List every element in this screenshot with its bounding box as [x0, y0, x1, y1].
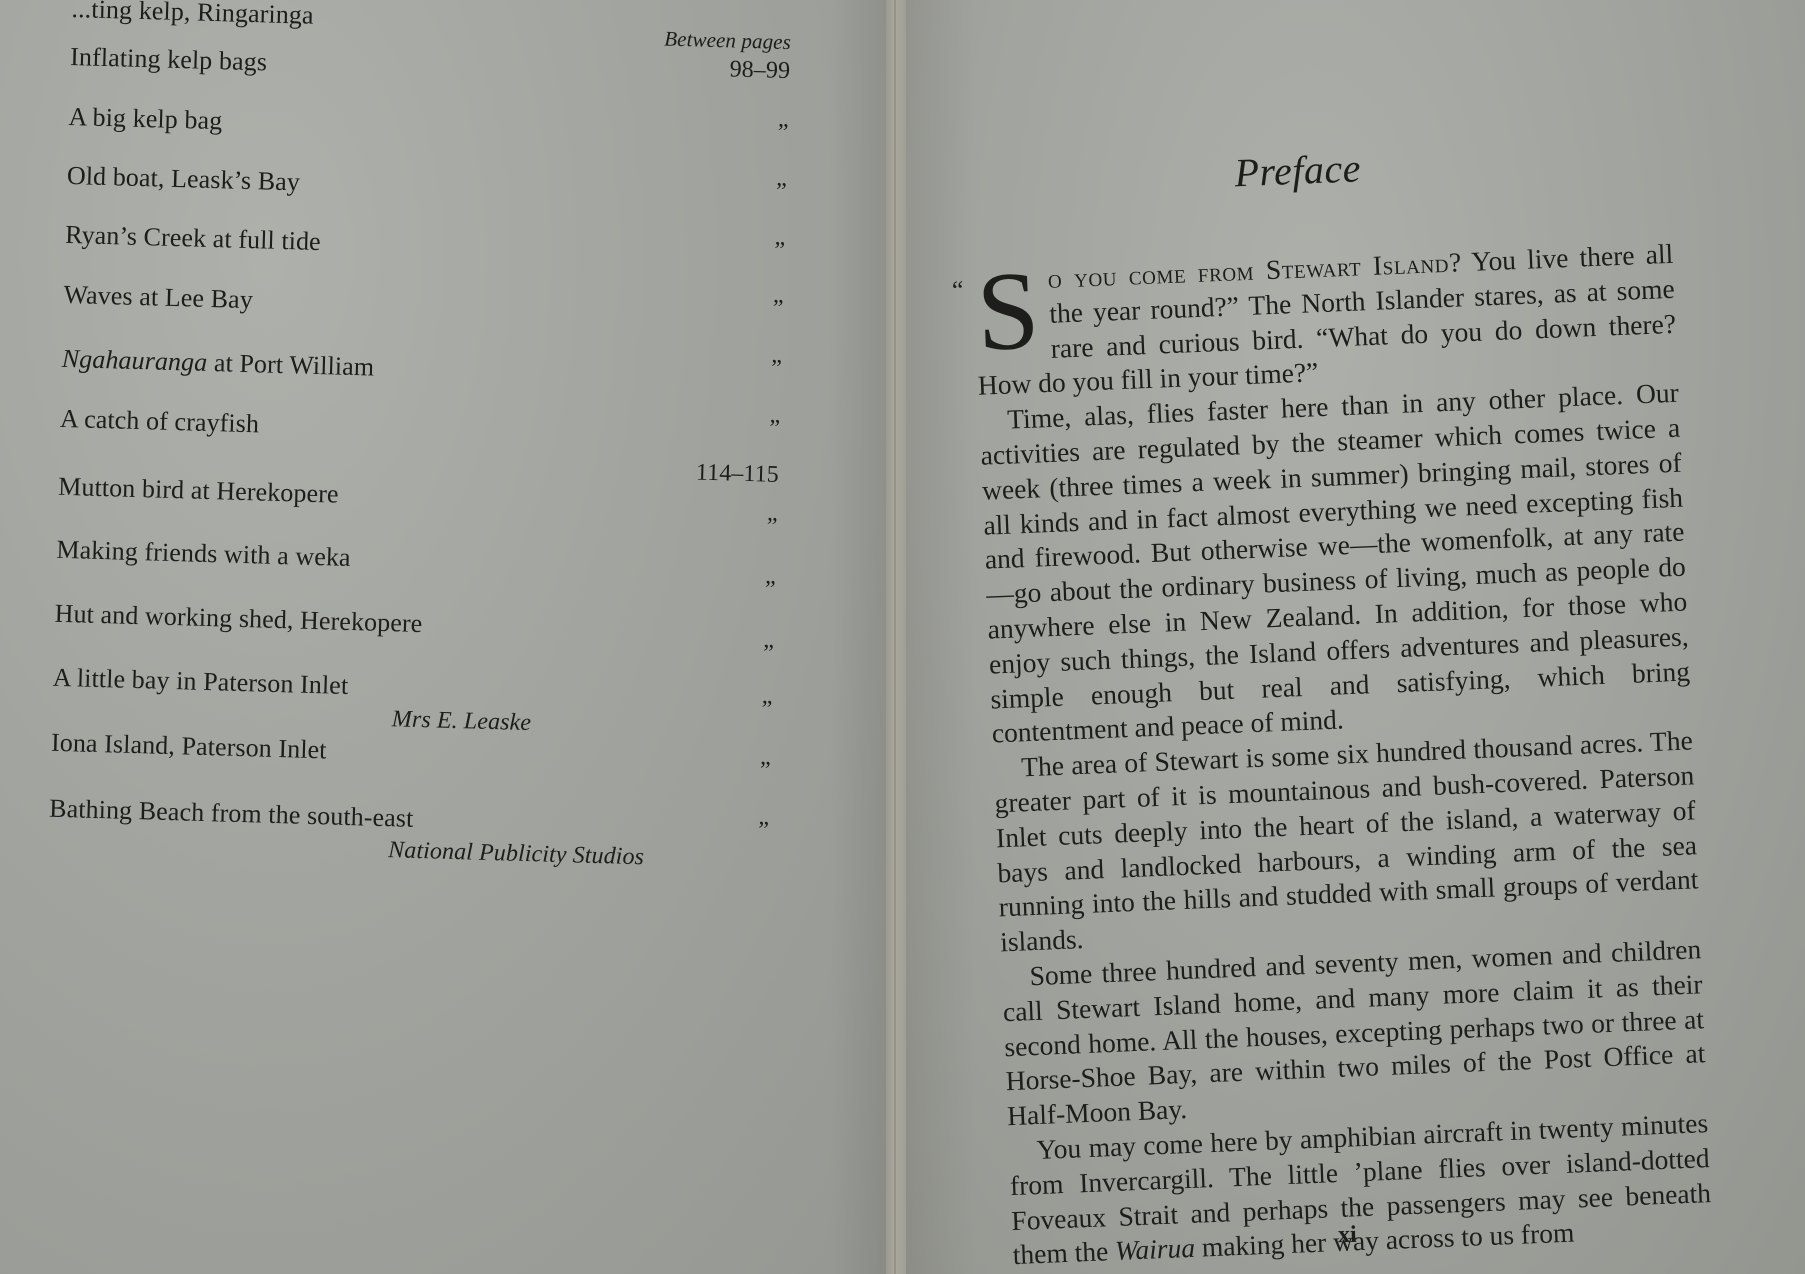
- item-pages: ”: [623, 292, 784, 323]
- item-title: Ryan’s Creek at full tide: [65, 220, 321, 257]
- item-title: A big kelp bag: [68, 102, 223, 136]
- paragraph: Some three hundred and seventy men, wome…: [1001, 932, 1707, 1134]
- item-pages: ”: [610, 753, 771, 784]
- item-title: ...ting kelp, Ringaringa: [71, 0, 314, 31]
- item-pages: 114–115: [619, 457, 780, 488]
- item-title-italic: Ngahauranga: [61, 344, 207, 377]
- book-spine: [886, 0, 908, 1274]
- dropcap-letter: S: [971, 264, 1041, 359]
- item-pages: ”: [628, 116, 789, 147]
- item-title: Mutton bird at Herekopere: [58, 472, 339, 510]
- photo-credit: Mrs E. Leaske: [391, 706, 531, 737]
- paragraph: You may come here by amphibian aircraft …: [1008, 1106, 1713, 1273]
- item-title: Waves at Lee Bay: [63, 280, 253, 315]
- preface-body: “ S o you come from Stewart Island? You …: [973, 237, 1713, 1273]
- item-title: Iona Island, Paterson Inlet: [51, 728, 327, 766]
- item-title: A catch of crayfish: [60, 404, 260, 440]
- item-pages: ”: [621, 352, 782, 383]
- item-pages: ”: [615, 572, 776, 603]
- page-number: xi: [1338, 1222, 1357, 1249]
- item-pages: 98–99: [630, 54, 791, 85]
- item-pages: ”: [626, 175, 787, 206]
- item-title: Inflating kelp bags: [70, 42, 268, 77]
- ship-name: Wairua: [1114, 1232, 1195, 1266]
- item-title: Old boat, Leask’s Bay: [66, 161, 300, 197]
- paragraph: The area of Stewart is some six hundred …: [993, 724, 1701, 961]
- item-pages: ”: [609, 813, 770, 844]
- paragraph: Time, alas, flies faster here than in an…: [979, 376, 1692, 752]
- dropcap-block: “ S: [971, 264, 1041, 361]
- page-title: Preface: [1234, 144, 1362, 196]
- paragraph: “ S o you come from Stewart Island? You …: [973, 237, 1678, 404]
- item-pages: ”: [625, 234, 786, 265]
- item-pages: ”: [617, 509, 778, 540]
- open-quote: “: [951, 273, 964, 308]
- item-pages: ”: [614, 636, 775, 667]
- item-title-rest: at Port William: [207, 348, 375, 382]
- item-pages: ”: [620, 411, 781, 442]
- item-pages: ”: [612, 692, 773, 723]
- book-spread: Between pages ...ting kelp, Ringaringa I…: [0, 0, 1805, 1274]
